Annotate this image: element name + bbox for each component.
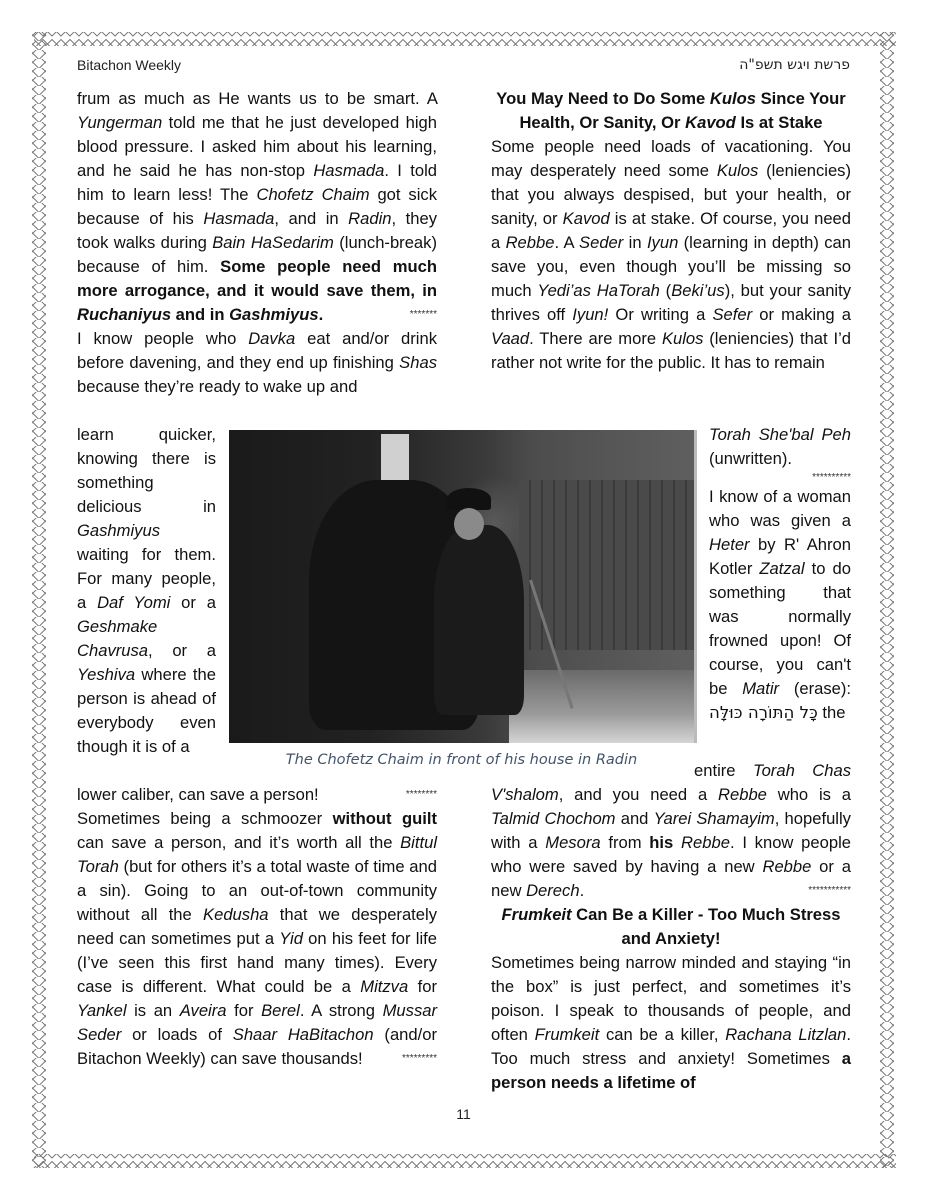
paragraph: frum as much as He wants us to be smart.…: [77, 87, 437, 327]
right-column-lower: entire Torah Chas V'shalom, and you need…: [491, 759, 851, 1095]
paragraph: entire Torah Chas V'shalom, and you need…: [491, 759, 851, 903]
right-wrap-text: Torah She'bal Peh (unwritten). *********…: [709, 423, 851, 725]
paragraph: Sometimes being narrow minded and stayin…: [491, 951, 851, 1095]
section-separator: *******: [410, 303, 437, 327]
paragraph: Some people need loads of vacationing. Y…: [491, 135, 851, 375]
hebrew-phrase: כָּל הַתּוֹרָה כּוּלָּה: [709, 703, 818, 722]
parsha-label: פרשת ויגש תשפ"ה: [739, 57, 850, 73]
section-separator: **********: [709, 471, 851, 485]
section-separator: ********: [406, 783, 437, 807]
decorative-border-top: [34, 32, 896, 46]
paragraph: lower caliber, can save a person! ******…: [77, 783, 437, 807]
publication-title: Bitachon Weekly: [77, 57, 181, 73]
section-heading: You May Need to Do Some Kulos Since Your…: [491, 87, 851, 135]
decorative-border-left: [32, 32, 46, 1168]
section-heading: Frumkeit Can Be a Killer - Too Much Stre…: [491, 903, 851, 951]
left-column: frum as much as He wants us to be smart.…: [77, 87, 437, 399]
chofetz-chaim-photo: [229, 430, 697, 743]
page-number: 11: [0, 1106, 927, 1122]
paragraph: I know people who Davka eat and/or drink…: [77, 327, 437, 399]
section-separator: ***********: [605, 879, 851, 903]
decorative-border-right: [880, 32, 894, 1168]
right-column: You May Need to Do Some Kulos Since Your…: [491, 87, 851, 375]
paragraph: Sometimes being a schmoozer without guil…: [77, 807, 437, 1071]
left-column-lower: lower caliber, can save a person! ******…: [77, 783, 437, 1071]
section-separator: *********: [402, 1047, 437, 1071]
left-wrap-text: learn quicker, knowing there is somethin…: [77, 423, 216, 759]
decorative-border-bottom: [34, 1154, 896, 1168]
